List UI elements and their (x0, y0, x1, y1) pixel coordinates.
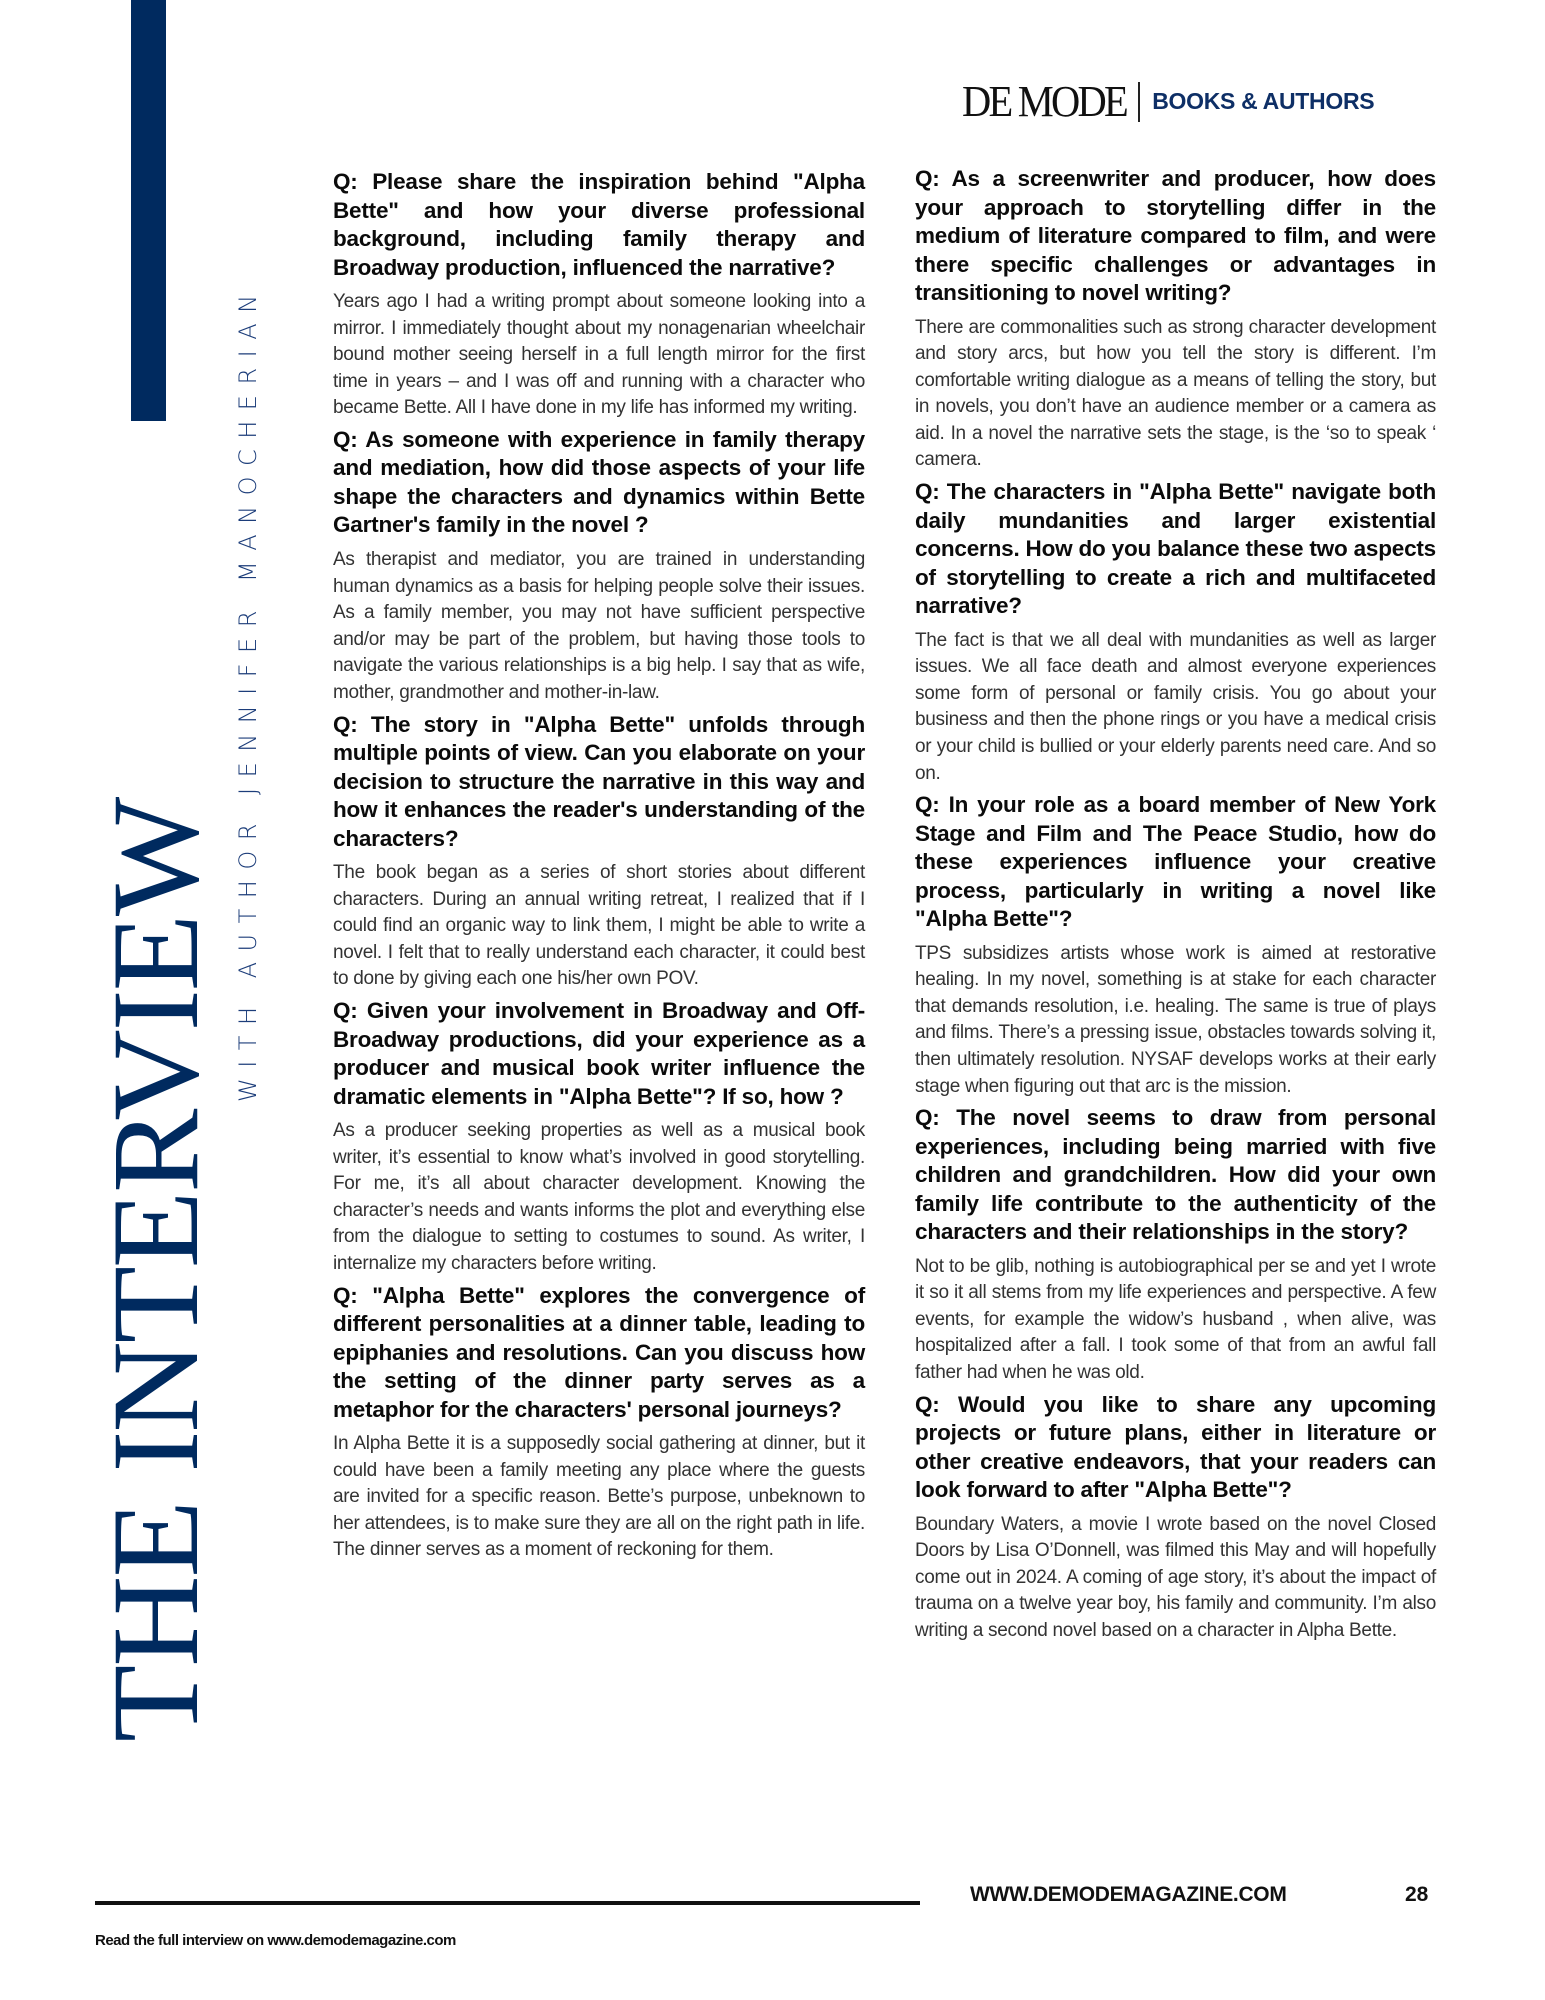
answer: Years ago I had a writing prompt about s… (333, 289, 865, 422)
qa-block: Q: The novel seems to draw from personal… (915, 1104, 1436, 1386)
masthead: DE MODE BOOKS & AUTHORS (962, 76, 1374, 127)
question: Q: The characters in "Alpha Bette" navig… (915, 478, 1436, 621)
question: Q: Please share the inspiration behind "… (333, 168, 865, 282)
answer: In Alpha Bette it is a supposedly social… (333, 1431, 865, 1564)
footer-note: Read the full interview on www.demodemag… (95, 1932, 456, 1949)
question: Q: As someone with experience in family … (333, 426, 865, 540)
answer: There are commonalities such as strong c… (915, 315, 1436, 475)
answer: Not to be glib, nothing is autobiographi… (915, 1254, 1436, 1387)
section-label: BOOKS & AUTHORS (1152, 88, 1374, 115)
qa-block: Q: The characters in "Alpha Bette" navig… (915, 478, 1436, 787)
vertical-title: THE INTERVIEW (106, 457, 206, 1742)
answer: The book began as a series of short stor… (333, 860, 865, 993)
qa-block: Q: "Alpha Bette" explores the convergenc… (333, 1282, 865, 1564)
answer: As therapist and mediator, you are train… (333, 547, 865, 707)
question: Q: The novel seems to draw from personal… (915, 1104, 1436, 1247)
vertical-subtitle: WITH AUTHOR JENNIFER MANOCHERIAN (236, 284, 260, 1102)
question: Q: As a screenwriter and producer, how d… (915, 165, 1436, 308)
qa-block: Q: Would you like to share any upcoming … (915, 1391, 1436, 1645)
question: Q: The story in "Alpha Bette" unfolds th… (333, 711, 865, 854)
answer: Boundary Waters, a movie I wrote based o… (915, 1512, 1436, 1645)
question: Q: "Alpha Bette" explores the convergenc… (333, 1282, 865, 1425)
question: Q: In your role as a board member of New… (915, 791, 1436, 934)
left-column: Q: Please share the inspiration behind "… (333, 168, 865, 1568)
question: Q: Would you like to share any upcoming … (915, 1391, 1436, 1505)
masthead-divider (1138, 82, 1140, 122)
accent-bar (131, 0, 166, 421)
qa-block: Q: Please share the inspiration behind "… (333, 168, 865, 422)
footer-website[interactable]: WWW.DEMODEMAGAZINE.COM (970, 1883, 1287, 1907)
qa-block: Q: As someone with experience in family … (333, 426, 865, 707)
qa-block: Q: As a screenwriter and producer, how d… (915, 165, 1436, 474)
footer-rule (95, 1901, 920, 1905)
right-column: Q: As a screenwriter and producer, how d… (915, 165, 1436, 1649)
answer: The fact is that we all deal with mundan… (915, 628, 1436, 788)
answer: As a producer seeking properties as well… (333, 1118, 865, 1278)
brand-logo: DE MODE (962, 76, 1126, 127)
qa-block: Q: The story in "Alpha Bette" unfolds th… (333, 711, 865, 993)
qa-block: Q: Given your involvement in Broadway an… (333, 997, 865, 1278)
page-number: 28 (1405, 1883, 1428, 1907)
qa-block: Q: In your role as a board member of New… (915, 791, 1436, 1100)
question: Q: Given your involvement in Broadway an… (333, 997, 865, 1111)
answer: TPS subsidizes artists whose work is aim… (915, 941, 1436, 1101)
